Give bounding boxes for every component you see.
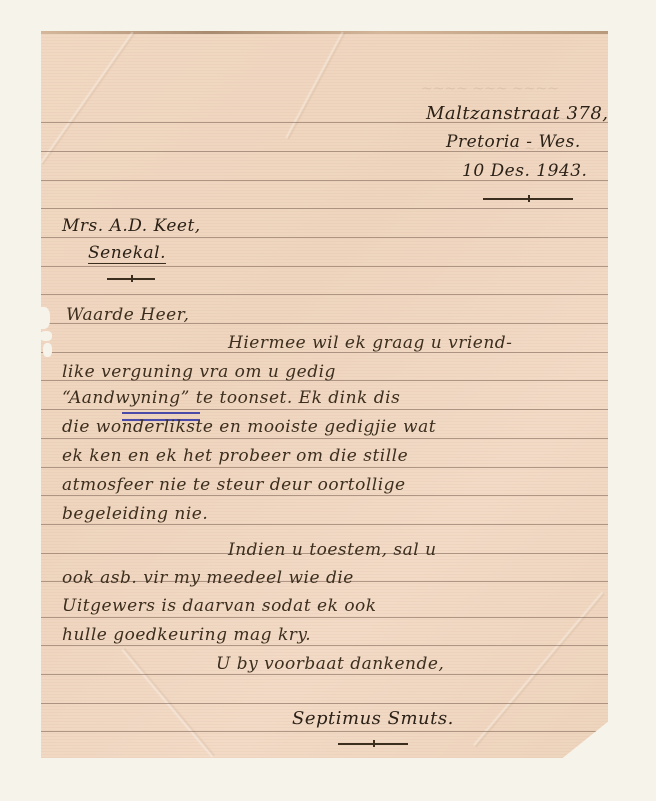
body-line: atmosfeer nie te steur deur oortollige (62, 477, 406, 494)
separator-dash (107, 278, 155, 280)
separator-dash (483, 198, 573, 200)
ruled-line (41, 237, 608, 238)
body-line: ek ken en ek het probeer om die stille (62, 448, 408, 465)
recipient-place: Senekal. (88, 245, 166, 264)
ruled-line (41, 674, 608, 675)
ruled-line (41, 294, 608, 295)
sender-street: Maltzanstraat 378, (426, 105, 609, 123)
fold-crease (285, 31, 347, 140)
body-line: begeleiding nie. (62, 506, 208, 523)
body-line: Indien u toestem, sal u (228, 542, 437, 559)
fold-crease (39, 31, 136, 166)
ruled-line (41, 524, 608, 525)
body-line: Hiermee wil ek graag u vriend- (228, 335, 512, 352)
body-line: like verguning vra om u gedig (62, 364, 336, 381)
letter-date: 10 Des. 1943. (462, 163, 587, 180)
ruled-line (41, 467, 608, 468)
ruled-line (41, 617, 608, 618)
body-line: die wonderlikste en mooiste gedigjie wat (62, 419, 436, 436)
body-line: “Aandwyning” te toonset. Ek dink dis (62, 390, 400, 407)
recipient-name: Mrs. A.D. Keet, (62, 218, 201, 235)
ruled-line (41, 409, 608, 410)
ruled-line (41, 266, 608, 267)
ruled-line (41, 731, 608, 732)
ruled-line (41, 495, 608, 496)
body-line: ook asb. vir my meedeel wie die (62, 570, 354, 587)
body-line: Uitgewers is daarvan sodat ek ook (62, 598, 377, 615)
ruled-line (41, 645, 608, 646)
salutation: Waarde Heer, (66, 307, 189, 324)
body-line: hulle goedkeuring mag kry. (62, 627, 311, 644)
bleed-through-marks: ~~~~ ~~~ ~~~~ (421, 81, 559, 97)
torn-edge (43, 343, 52, 357)
signature: Septimus Smuts. (292, 710, 454, 728)
closing: U by voorbaat dankende, (216, 656, 444, 673)
torn-edge (40, 331, 52, 341)
ruled-line (41, 703, 608, 704)
ruled-line (41, 208, 608, 209)
sender-city: Pretoria - Wes. (446, 134, 581, 151)
ruled-line (41, 438, 608, 439)
torn-edge (36, 307, 50, 329)
fold-crease (472, 591, 605, 748)
separator-dash (338, 743, 408, 745)
